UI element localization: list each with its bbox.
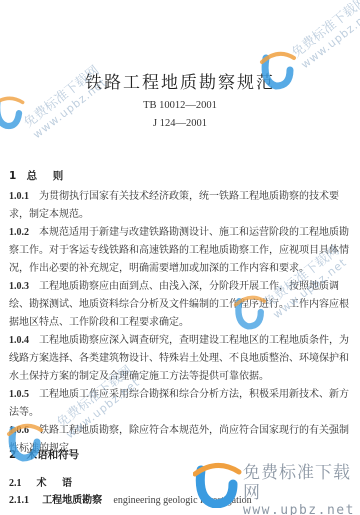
term-cn: 工程地质勘察 bbox=[42, 495, 102, 506]
clause-1-0-1: 1.0.1为贯彻执行国家有关技术经济政策，统一铁路工程地质勘察的技术要求，制定本… bbox=[9, 188, 353, 224]
chapter-number: 1 bbox=[9, 170, 23, 182]
watermark-text-topright: 免费标准下载网 www.upbz.net bbox=[290, 0, 360, 72]
watermark-logo-icon bbox=[258, 48, 298, 92]
document-page: 铁路工程地质勘察规范 TB 10012—2001 J 124—2001 1 总 … bbox=[0, 0, 360, 515]
watermark-brand-bottom: 免费标准下载网 www.upbz.net bbox=[243, 463, 360, 515]
watermark-logo-icon bbox=[0, 95, 28, 135]
watermark-logo-icon bbox=[5, 420, 45, 464]
chapter-title: 总 则 bbox=[27, 170, 70, 182]
watermark-logo-icon-large bbox=[193, 462, 243, 508]
watermark-logo-icon bbox=[232, 292, 268, 332]
section-2-1-heading: 2.1 术 语 bbox=[9, 474, 78, 489]
chapter-1-heading: 1 总 则 bbox=[9, 168, 69, 183]
clause-1-0-4: 1.0.4工程地质勘察应深入调查研究，查明建设工程地区的工程地质条件，为线路方案… bbox=[9, 332, 353, 386]
